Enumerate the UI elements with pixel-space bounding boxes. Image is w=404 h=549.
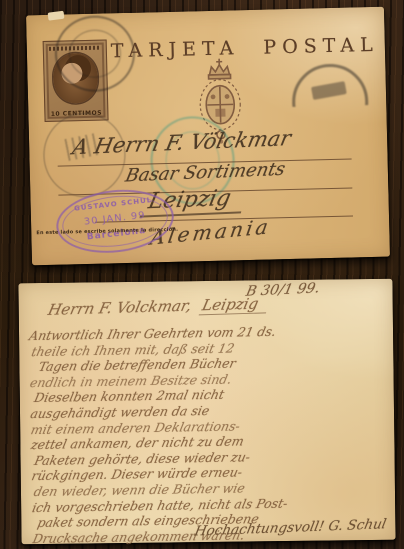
salutation-line: Herrn F. Volckmar,Leipzig <box>46 294 270 319</box>
photo-of-postcards: 10 CENTIMOS TARJETA POSTAL <box>0 0 404 549</box>
salutation-city: Leipzig <box>198 294 270 315</box>
paper-nick <box>48 11 65 21</box>
handwritten-message: Antwortlich Ihrer Geehrten vom 21 ds. th… <box>27 322 391 547</box>
partial-postmark-icon <box>287 57 368 107</box>
salutation-name: Herrn F. Volckmar, <box>46 297 193 319</box>
postcard-address-side: 10 CENTIMOS TARJETA POSTAL <box>26 7 390 266</box>
postcard-message-side: B 30/1 99. Herrn F. Volckmar,Leipzig Ant… <box>18 279 395 545</box>
